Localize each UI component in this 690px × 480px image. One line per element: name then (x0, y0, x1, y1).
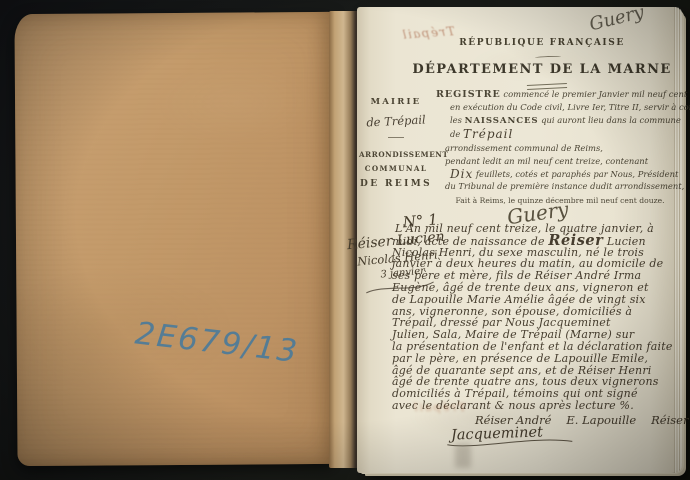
register-intro-line: Dix feuillets, cotés et paraphés par Nou… (436, 167, 684, 180)
birth-act-text: L'An mil neuf cent treize, le quatre jan… (392, 223, 680, 412)
communal-label: COMMUNAL (359, 164, 433, 173)
act-line: par le père, en présence de Lapouille Em… (392, 353, 680, 365)
ink-smudge (455, 444, 471, 468)
ink-offset-stamp-faint: Trépail (412, 401, 466, 414)
department-header: DÉPARTEMENT DE LA MARNE (387, 62, 690, 77)
register-intro-line: REGISTRE commencé le premier Janvier mil… (436, 88, 684, 101)
act-name-line: midi, acte de naissance de Réiser Lucien (392, 235, 680, 247)
register-intro-line: les NAISSANCES qui auront lieu dans la c… (436, 114, 684, 127)
de-reims-label: DE REIMS (359, 179, 433, 189)
act-opening-line: L'An mil neuf cent treize, le quatre jan… (392, 223, 680, 235)
archive-reference-annotation: 2E679/13 (133, 315, 300, 370)
act-line: de Lapouille Marie Amélie âgée de vingt … (392, 294, 680, 306)
register-page: Trépail Guery RÉPUBLIQUE FRANÇAISE DÉPAR… (357, 7, 682, 473)
header-divider (535, 56, 561, 60)
register-intro-paragraph: REGISTRE commencé le premier Janvier mil… (436, 88, 684, 193)
mairie-label: MAIRIE (359, 97, 433, 107)
register-intro-line: du Tribunal de première instance dudit a… (436, 180, 684, 192)
commune-handwritten: de Trépail (359, 112, 434, 130)
mairie-margin-block: MAIRIE de Trépail ARRONDISSEMENT COMMUNA… (359, 97, 433, 189)
arrondissement-label: ARRONDISSEMENT (359, 150, 433, 159)
act-line: la présentation de l'enfant et la déclar… (392, 341, 680, 353)
register-scan-scene: 2E679/13 Trépail Guery RÉPUBLIQUE FRANÇA… (0, 0, 690, 480)
register-intro-line: arrondissement communal de Reims, (436, 142, 684, 154)
corner-handwritten-note: Guery (587, 2, 646, 36)
margin-divider (388, 137, 404, 138)
register-cover: 2E679/13 (14, 12, 334, 466)
register-intro-line: en exécution du Code civil, Livre Ier, T… (436, 101, 684, 113)
witness-signature: E. Lapouille (566, 413, 636, 427)
mayor-signature: Jacqueminet (451, 424, 543, 443)
cover-texture (14, 12, 334, 466)
register-intro-line: pendant ledit an mil neuf cent treize, c… (436, 155, 684, 167)
register-intro-line: de Trépail (436, 127, 684, 142)
act-body-lines: Nicolas Henri, du sexe masculin, né le t… (392, 247, 680, 412)
act-line: Eugène, âgé de trente deux ans, vigneron… (392, 282, 680, 294)
republic-header: RÉPUBLIQUE FRANÇAISE (412, 38, 672, 48)
witness-signature: Réiser Hy (651, 413, 690, 427)
